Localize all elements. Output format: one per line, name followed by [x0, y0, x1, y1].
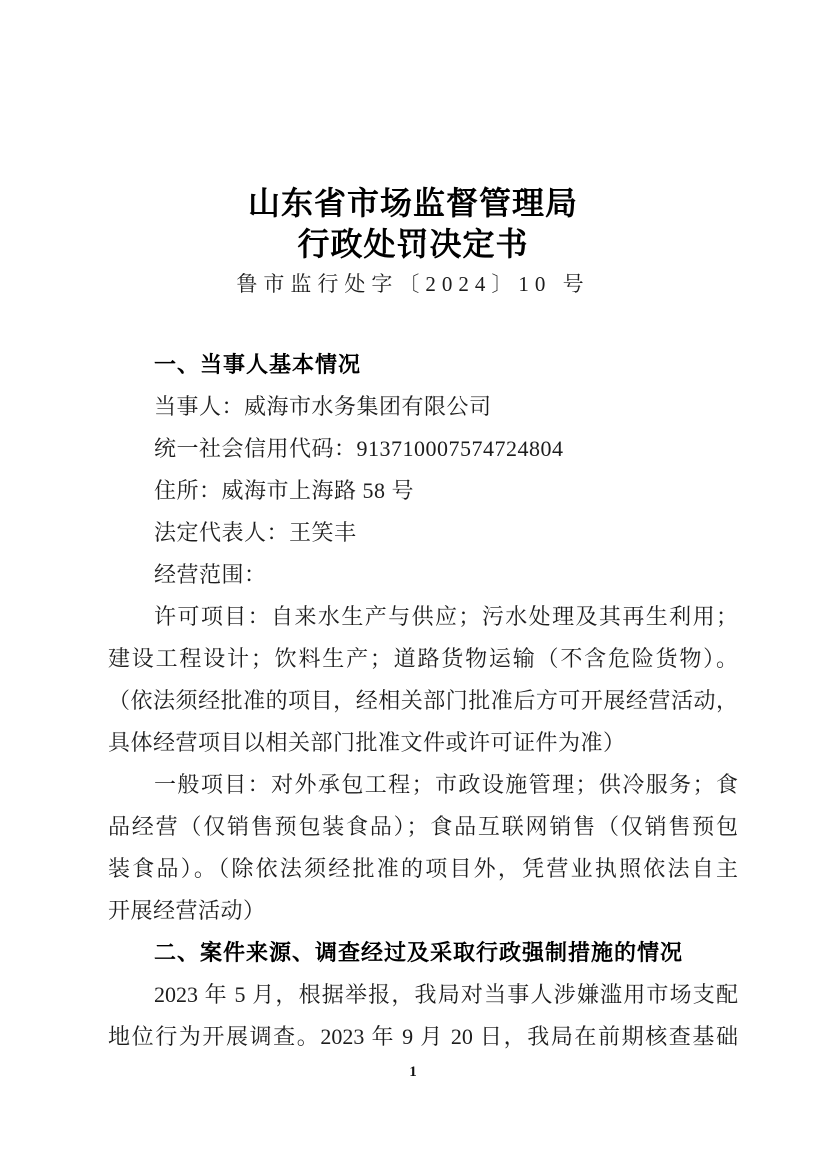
line-licensed-items-1: 许可项目：自来水生产与供应；污水处理及其再生利用；	[108, 596, 738, 638]
line-case-intro-2: 地位行为开展调查。2023 年 9 月 20 日，我局在前期核查基础上，	[108, 1016, 738, 1058]
document-number: 鲁市监行处字〔2024〕10 号	[0, 270, 826, 298]
line-party-name: 当事人：威海市水务集团有限公司	[108, 386, 738, 428]
line-general-items-2: 品经营（仅销售预包装食品）；食品互联网销售（仅销售预包	[108, 806, 738, 848]
heading-case-source: 二、案件来源、调查经过及采取行政强制措施的情况	[108, 932, 738, 974]
line-general-items-3: 装食品）。（除依法须经批准的项目外，凭营业执照依法自主	[108, 848, 738, 890]
line-licensed-items-3: （依法须经批准的项目，经相关部门批准后方可开展经营活动，	[108, 680, 738, 722]
page-number: 1	[0, 1062, 826, 1082]
heading-party-basic-info: 一、当事人基本情况	[108, 344, 738, 386]
line-general-items-1: 一般项目：对外承包工程；市政设施管理；供冷服务；食	[108, 764, 738, 806]
document-title-line-2: 行政处罚决定书	[0, 224, 826, 265]
document-body: 一、当事人基本情况 当事人：威海市水务集团有限公司 统一社会信用代码：91371…	[108, 344, 738, 1058]
document-title-block: 山东省市场监督管理局 行政处罚决定书	[0, 183, 826, 265]
line-legal-representative: 法定代表人：王笑丰	[108, 512, 738, 554]
document-page: 山东省市场监督管理局 行政处罚决定书 鲁市监行处字〔2024〕10 号 一、当事…	[0, 0, 826, 1169]
line-business-scope-label: 经营范围：	[108, 554, 738, 596]
line-credit-code: 统一社会信用代码：913710007574724804	[108, 428, 738, 470]
document-title-line-1: 山东省市场监督管理局	[0, 183, 826, 224]
line-general-items-4: 开展经营活动）	[108, 890, 738, 932]
line-address: 住所：威海市上海路 58 号	[108, 470, 738, 512]
line-case-intro-1: 2023 年 5 月，根据举报，我局对当事人涉嫌滥用市场支配	[108, 974, 738, 1016]
line-licensed-items-2: 建设工程设计；饮料生产；道路货物运输（不含危险货物）。	[108, 638, 738, 680]
line-licensed-items-4: 具体经营项目以相关部门批准文件或许可证件为准）	[108, 722, 738, 764]
